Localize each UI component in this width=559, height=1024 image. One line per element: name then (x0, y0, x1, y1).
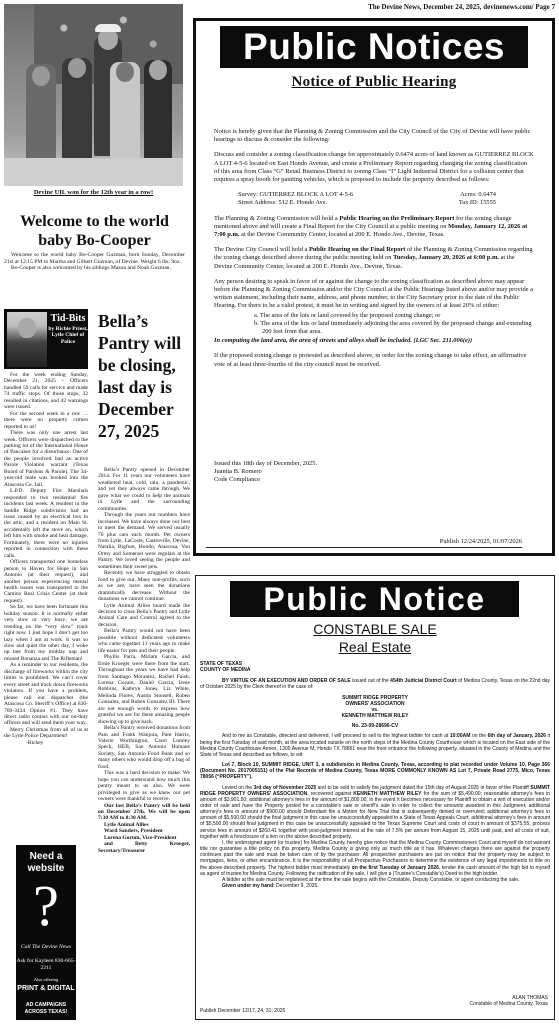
text: at the Devine Community Center, located … (239, 231, 444, 238)
issued-date: Issued this 18th day of December, 2025. (214, 460, 414, 468)
property-description: Lot 7, Block 10, SUMMIT RIDGE, UNIT 3, a… (200, 762, 550, 780)
constable-sale-notice: Public Notice CONSTABLE SALE Real Estate… (195, 575, 555, 1020)
notice-subtitle: Notice of Public Hearing (196, 74, 552, 91)
paragraph: Merry Christmas from all of us at the Ly… (4, 727, 88, 740)
text: The Planning & Zoning Commission will ho… (214, 215, 339, 222)
legal-citation: In computing the land area, the area of … (214, 337, 534, 345)
publish-dates: Publish December 12/17, 24, 31; 2025 (200, 1008, 285, 1014)
sale-time: 10:00AM (450, 733, 471, 739)
running-head: The Devine News, December 24, 2025, devi… (200, 3, 555, 11)
intro-paragraph: Notice is hereby given that the Planning… (214, 128, 534, 144)
student-head (32, 66, 50, 86)
paragraph: So far, we have been fortunate this holi… (4, 604, 88, 662)
public-notice-banner: Public Notice (230, 581, 519, 617)
hearing-type: Public Hearing on the Preliminary Report (339, 215, 454, 222)
baby-article-headline: Welcome to the world baby Bo-Cooper (4, 212, 185, 250)
paragraph: L.P.D. Deputy Fire Marshals responded to… (4, 488, 88, 559)
paragraph: Lytle Animal Allies board made the decis… (98, 603, 190, 629)
protest-criteria-list: a. The area of the lots or land covered … (214, 312, 534, 337)
text: And to me as Constable, directed and del… (222, 733, 450, 739)
closing-announcement: Our last Bella’s Pantry will be held on … (98, 803, 190, 822)
address-row: Street Address: 512 E. Hondo Ave. Tax ID… (214, 199, 534, 207)
ad-call-text: Call The Devine News (16, 944, 76, 951)
paragraph: For the second week in a row … there wer… (4, 411, 88, 430)
any-person-paragraph: Any person desiring to speak in favor of… (214, 278, 534, 311)
bella-article-headline: Bella’s Pantry will be closing, last day… (98, 310, 190, 442)
student-head (149, 60, 167, 80)
signature: -Richey (4, 740, 88, 746)
text: Levied on the (222, 785, 254, 791)
case-party: KENNETH MATTHEW RILEY (200, 713, 550, 719)
tidbits-body: For the week ending Sunday, December 21,… (4, 372, 88, 746)
real-estate-title: Real Estate (196, 639, 554, 655)
website-ad: Need a website ? Call The Devine News As… (16, 845, 76, 1020)
paragraph: Officers transported one homeless person… (4, 559, 88, 604)
paragraph: Bo-Cooper is also welcomed by his siblin… (4, 265, 185, 272)
text: and to be sold to satisfy the judgment d… (316, 785, 530, 791)
bid-deadline: on the first Tuesday of January 2026 (352, 865, 439, 871)
paragraph: As a reminder to our residents, the disc… (4, 662, 88, 727)
paragraph: Bella’s Pantry opened in December 2014. … (98, 467, 190, 512)
bella-article-body: Bella’s Pantry opened in December 2014. … (98, 467, 190, 854)
survey-label: Survey: GUTIERREZ BLOCK A LOT 4-5-6 (238, 191, 353, 199)
pz-hearing-paragraph: The Planning & Zoning Commission will ho… (214, 215, 534, 240)
defendant: KENNETH MATTHEW RILEY (353, 791, 421, 797)
question-mark-icon: ? (16, 875, 76, 937)
paragraph: Welcome to the world baby Bo-Cooper Guzm… (4, 252, 185, 265)
levy-date: 3rd day of November 2025 (254, 785, 317, 791)
protest-paragraph: If the proposed zoning change is protest… (214, 352, 534, 368)
issuer-name: Juanita B. Romero (214, 468, 414, 476)
ad-also-offering: Also offering (16, 977, 76, 983)
paragraph: Bella’s Pantry would not have been possi… (98, 628, 190, 654)
court-name: 454th Judicial District Court (390, 678, 456, 684)
street-address: Street Address: 512 E. Hondo Ave. (238, 199, 327, 207)
text: The Devine City Council will hold a (214, 246, 309, 253)
police-chief-photo (7, 312, 47, 367)
public-notices-banner: Public Notices (220, 26, 528, 68)
sale-body: STATE OF TEXAS COUNTY OF MEDINA BY VIRTU… (200, 661, 550, 889)
case-number: No. 23-09-28696-CV (200, 723, 550, 729)
signature-line: and Betty Kroeger, Secretary/Treasurer (98, 841, 190, 854)
list-item: a. The area of the lots or land covered … (254, 312, 534, 320)
tax-id: Tax ID: 15555 (459, 199, 496, 207)
by-virtue-paragraph: BY VIRTUE OF AN EXECUTION AND ORDER OF S… (200, 678, 550, 690)
agent-paragraph: I, the undersigned agent (or trustee) fo… (200, 840, 550, 877)
tidbits-header-box: Tid-Bits by Richie Priest, Lytle Chief o… (4, 309, 88, 369)
text: on the (470, 733, 487, 739)
text: BY VIRTUE OF AN EXECUTION AND ORDER OF S… (222, 678, 351, 684)
tidbits-byline: by Richie Priest, Lytle Chief of Police (48, 326, 88, 345)
paragraph: Phyllis Parra, Miriam Garcia, and Ernie … (98, 654, 190, 725)
paragraph: This was a hard decision to make. We hop… (98, 770, 190, 802)
council-hearing-paragraph: The Devine City Council will hold a Publ… (214, 246, 534, 271)
ad-contact: Ask for Kayleen 830-665-2211 (16, 958, 76, 972)
text: issued out of the (351, 678, 391, 684)
text: , recovered against (307, 791, 353, 797)
publish-dates: Publish 12/24/2025, 01/07/2026 (206, 538, 522, 548)
discuss-paragraph: Discuss and consider a zoning classifica… (214, 151, 534, 184)
given-line: Given under my hand: December 9, 2025. (200, 883, 550, 889)
constable-signature: ALAN THOMAS Constable of Medina County, … (470, 995, 548, 1007)
tidbits-title: Tid-Bits (48, 313, 88, 324)
hearing-type: Public Hearing on the Final Report (309, 246, 405, 253)
uil-team-photo (4, 4, 183, 186)
notice-body: Notice is hereby given that the Planning… (214, 128, 534, 376)
given-label: Given under my hand: (222, 883, 275, 889)
public-hearing-notice: Public Notices Notice of Public Hearing … (193, 18, 555, 556)
gym-floor (4, 158, 183, 186)
given-date: December 9, 2025. (275, 883, 319, 889)
acres-value: Acres: 0.6474 (460, 191, 496, 199)
list-item: b. The area of the lots or land immediat… (254, 320, 534, 336)
paragraph: Recently we have struggled to obtain foo… (98, 570, 190, 602)
student-head (68, 58, 86, 78)
paragraph: For the week ending Sunday, December 21,… (4, 372, 88, 411)
photo-caption: Devine UIL won for the 12th year in a ro… (4, 189, 183, 196)
proceed-paragraph: And to me as Constable, directed and del… (200, 733, 550, 758)
levied-paragraph: Levied on the 3rd day of November 2025 a… (200, 785, 550, 840)
survey-row: Survey: GUTIERREZ BLOCK A LOT 4-5-6 Acre… (214, 191, 534, 199)
ad-headline: Need a website (16, 851, 76, 875)
county-line: COUNTY OF MEDINA (200, 667, 550, 673)
signer-title: Constable of Medina County, Texas (470, 1001, 548, 1007)
paragraph: There was only one arrest last week. Off… (4, 430, 88, 488)
sale-date: 6th day of January, 2026 (488, 733, 546, 739)
baby-article-body: Welcome to the world baby Bo-Cooper Guzm… (4, 252, 185, 272)
issuer-title: Code Compliance (214, 476, 414, 484)
santa-hat (95, 24, 121, 32)
paragraph: Through the years our numbers have incre… (98, 512, 190, 570)
paragraph: Bella’s Pantry received donations from P… (98, 725, 190, 770)
ad-campaigns: AD CAMPAIGNS ACROSS TEXAS! (16, 1002, 76, 1015)
issued-block: Issued this 18th day of December, 2025. … (214, 460, 414, 485)
chief-face (18, 318, 36, 338)
hearing-date: Tuesday, January 20, 2026 at 6:00 p.m. (393, 254, 499, 261)
text: for the sum of $5,490.00; reasonable att… (200, 791, 550, 840)
constable-sale-title: CONSTABLE SALE (196, 621, 554, 637)
student-head (116, 62, 134, 82)
ad-print-digital: PRINT & DIGITAL (16, 985, 76, 993)
